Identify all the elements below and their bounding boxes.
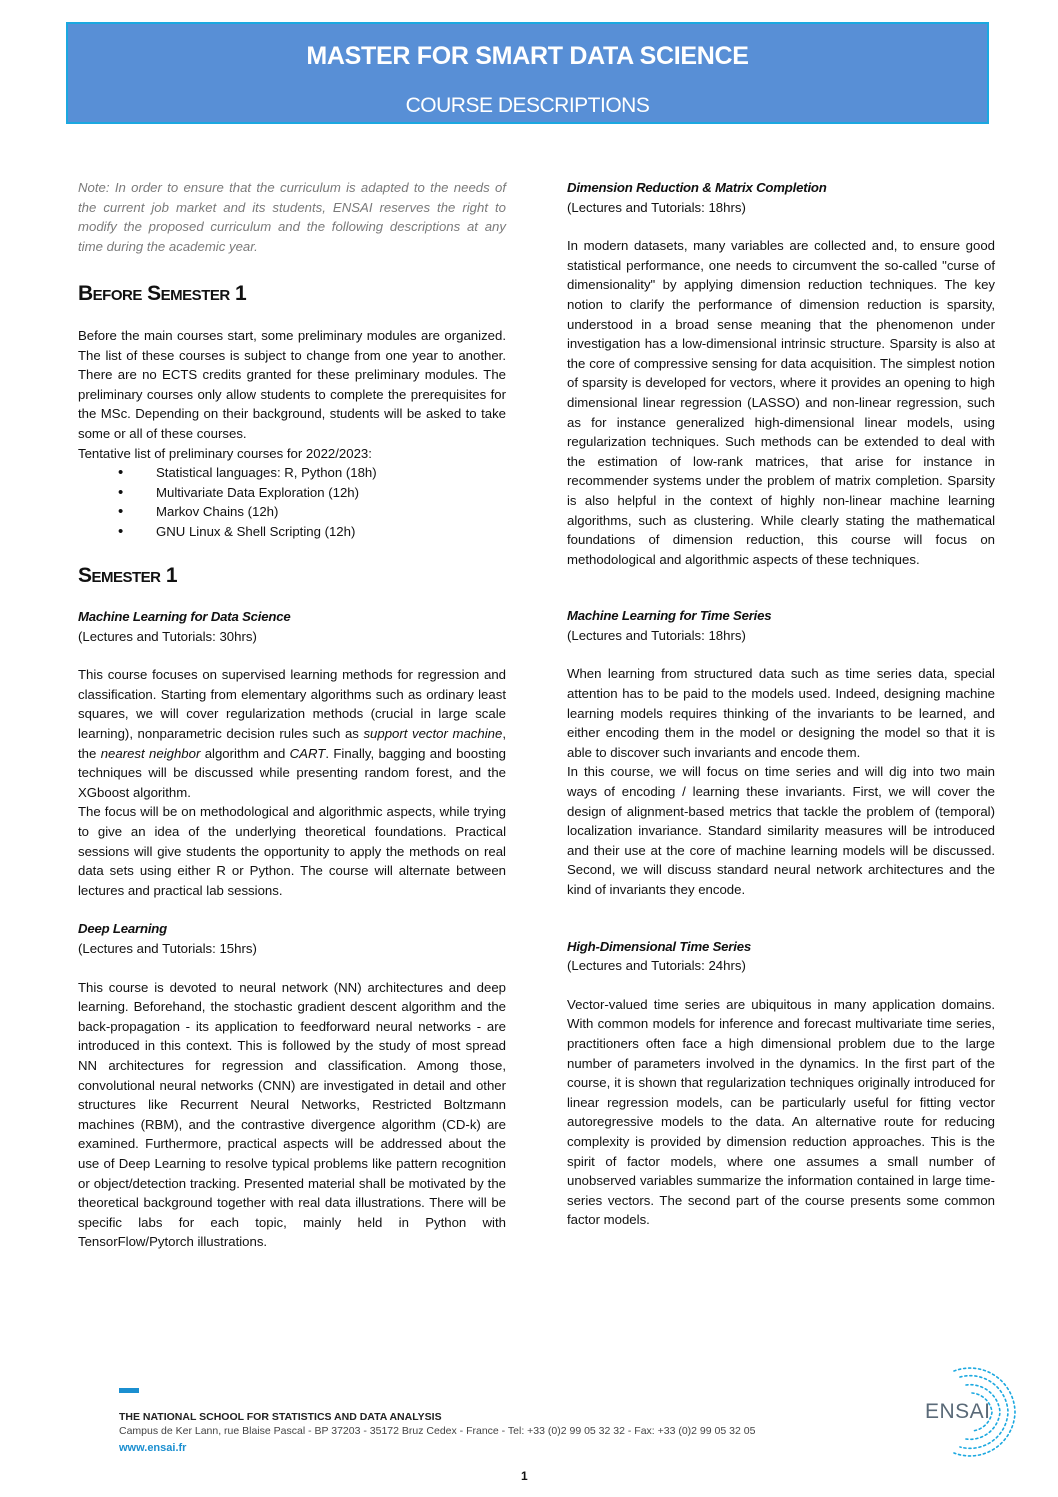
course-title: High-Dimensional Time Series	[567, 937, 995, 957]
course-hours: (Lectures and Tutorials: 18hrs)	[567, 626, 995, 646]
document-title: MASTER FOR SMART DATA SCIENCE	[68, 42, 987, 71]
ensai-logo: ENSAI	[922, 1367, 1032, 1457]
before-semester-intro: Before the main courses start, some prel…	[78, 326, 506, 444]
course-description: In modern datasets, many variables are c…	[567, 236, 995, 569]
emphasis: CART	[290, 746, 326, 761]
course-dimension-reduction: Dimension Reduction & Matrix Completion …	[567, 178, 995, 569]
emphasis: support vector machine	[363, 726, 502, 741]
emphasis: nearest neighbor	[101, 746, 201, 761]
section-heading-before-semester: Before Semester 1	[78, 284, 506, 304]
list-item: Markov Chains (12h)	[118, 502, 506, 522]
course-high-dim-time-series: High-Dimensional Time Series (Lectures a…	[567, 937, 995, 1230]
course-title: Machine Learning for Time Series	[567, 606, 995, 626]
course-description: When learning from structured data such …	[567, 664, 995, 762]
page-number: 1	[521, 1469, 528, 1483]
course-description: This course is devoted to neural network…	[78, 978, 506, 1252]
right-column: Dimension Reduction & Matrix Completion …	[567, 178, 995, 1230]
course-hours: (Lectures and Tutorials: 15hrs)	[78, 939, 506, 959]
course-title: Dimension Reduction & Matrix Completion	[567, 178, 995, 198]
logo-text: ENSAI	[925, 1400, 991, 1424]
text-run: algorithm and	[200, 746, 289, 761]
footer-address: Campus de Ker Lann, rue Blaise Pascal - …	[119, 1425, 755, 1437]
course-description: This course focuses on supervised learni…	[78, 665, 506, 802]
document-subtitle: COURSE DESCRIPTIONS	[68, 94, 987, 118]
course-hours: (Lectures and Tutorials: 30hrs)	[78, 627, 506, 647]
header-banner: MASTER FOR SMART DATA SCIENCE COURSE DES…	[66, 22, 989, 124]
section-heading-semester-1: Semester 1	[78, 566, 506, 586]
course-description: Vector-valued time series are ubiquitous…	[567, 995, 995, 1230]
course-title: Machine Learning for Data Science	[78, 607, 506, 627]
footer-website-link[interactable]: www.ensai.fr	[119, 1442, 186, 1454]
note-label: Note:	[78, 180, 110, 195]
course-hours: (Lectures and Tutorials: 24hrs)	[567, 956, 995, 976]
left-column: Note: In order to ensure that the curric…	[78, 178, 506, 1252]
list-item: Multivariate Data Exploration (12h)	[118, 483, 506, 503]
list-item: Statistical languages: R, Python (18h)	[118, 463, 506, 483]
course-ml-time-series: Machine Learning for Time Series (Lectur…	[567, 606, 995, 899]
course-hours: (Lectures and Tutorials: 18hrs)	[567, 198, 995, 218]
course-description: The focus will be on methodological and …	[78, 802, 506, 900]
list-item: GNU Linux & Shell Scripting (12h)	[118, 522, 506, 542]
note-text: In order to ensure that the curriculum i…	[78, 180, 506, 254]
disclaimer-note: Note: In order to ensure that the curric…	[78, 178, 506, 256]
prelim-course-list: Statistical languages: R, Python (18h) M…	[78, 463, 506, 541]
course-ml-data-science: Machine Learning for Data Science (Lectu…	[78, 607, 506, 900]
footer-school-name: THE NATIONAL SCHOOL FOR STATISTICS AND D…	[119, 1411, 442, 1423]
course-title: Deep Learning	[78, 919, 506, 939]
course-deep-learning: Deep Learning (Lectures and Tutorials: 1…	[78, 919, 506, 1252]
course-description: In this course, we will focus on time se…	[567, 762, 995, 899]
footer-accent-bar	[119, 1388, 139, 1393]
prelim-list-intro: Tentative list of preliminary courses fo…	[78, 444, 506, 464]
